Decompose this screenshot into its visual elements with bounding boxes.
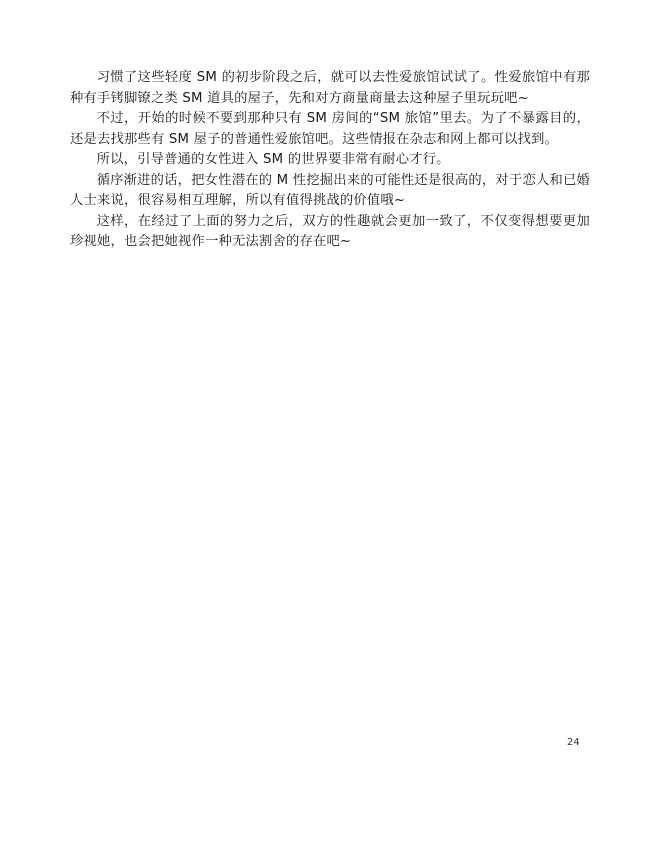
paragraph: 所以，引导普通的女性进入 SM 的世界要非常有耐心才行。 <box>70 150 590 171</box>
paragraph: 循序渐进的话，把女性潜在的 M 性挖掘出来的可能性还是很高的，对于恋人和已婚人士… <box>70 171 590 212</box>
page-number: 24 <box>567 737 580 748</box>
paragraph: 不过，开始的时候不要到那种只有 SM 房间的“SM 旅馆”里去。为了不暴露目的，… <box>70 109 590 150</box>
paragraph: 习惯了这些轻度 SM 的初步阶段之后，就可以去性爱旅馆试试了。性爱旅馆中有那种有… <box>70 68 590 109</box>
paragraph: 这样，在经过了上面的努力之后，双方的性趣就会更加一致了，不仅变得想要更加珍视她，… <box>70 212 590 253</box>
document-body: 习惯了这些轻度 SM 的初步阶段之后，就可以去性爱旅馆试试了。性爱旅馆中有那种有… <box>70 68 590 253</box>
